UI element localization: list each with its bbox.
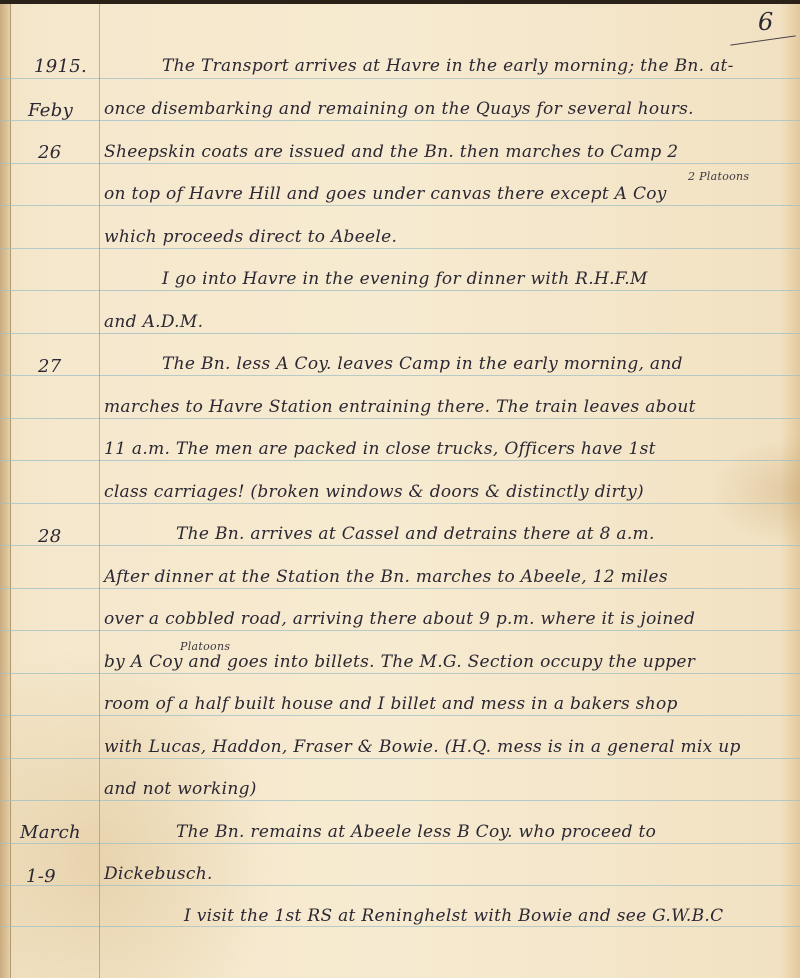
ruled-line bbox=[0, 120, 800, 121]
text-line: by A Coy and goes into billets. The M.G.… bbox=[104, 652, 695, 672]
ruled-line bbox=[0, 673, 800, 674]
ruled-line bbox=[0, 758, 800, 759]
text-line: The Bn. less A Coy. leaves Camp in the e… bbox=[162, 354, 683, 374]
ruled-line bbox=[0, 588, 800, 589]
text-line: on top of Havre Hill and goes under canv… bbox=[104, 184, 667, 204]
text-line: Sheepskin coats are issued and the Bn. t… bbox=[104, 142, 678, 162]
insertion-note: 2 Platoons bbox=[688, 170, 749, 183]
text-line: 11 a.m. The men are packed in close truc… bbox=[104, 439, 656, 459]
text-line: and not working) bbox=[104, 779, 257, 799]
ruled-line bbox=[0, 333, 800, 334]
ruled-line bbox=[0, 248, 800, 249]
text-line: The Transport arrives at Havre in the ea… bbox=[162, 56, 734, 76]
ruled-line bbox=[0, 545, 800, 546]
text-line: once disembarking and remaining on the Q… bbox=[104, 99, 694, 119]
ruled-line bbox=[0, 715, 800, 716]
ruled-line bbox=[0, 885, 800, 886]
page-number-underline bbox=[730, 35, 795, 45]
ruled-line bbox=[0, 926, 800, 927]
text-line: The Bn. arrives at Cassel and detrains t… bbox=[176, 524, 655, 544]
diary-page: 6 1915. Feby 26 27 28 March 1-9 The Tran… bbox=[0, 4, 800, 978]
ruled-line bbox=[0, 460, 800, 461]
text-line: I visit the 1st RS at Reninghelst with B… bbox=[184, 906, 723, 926]
margin-date-march: March bbox=[20, 822, 81, 843]
margin-line bbox=[99, 4, 100, 978]
margin-date-day-26: 26 bbox=[38, 142, 62, 163]
ruled-line bbox=[0, 418, 800, 419]
text-line: The Bn. remains at Abeele less B Coy. wh… bbox=[176, 822, 656, 842]
text-line: which proceeds direct to Abeele. bbox=[104, 227, 397, 247]
ruled-line bbox=[0, 78, 800, 79]
ruled-line bbox=[0, 163, 800, 164]
text-line: and A.D.M. bbox=[104, 312, 203, 332]
ruled-line bbox=[0, 843, 800, 844]
ruled-line bbox=[0, 503, 800, 504]
text-line: over a cobbled road, arriving there abou… bbox=[104, 609, 695, 629]
margin-date-day-28: 28 bbox=[38, 526, 62, 547]
ruled-line bbox=[0, 375, 800, 376]
text-line: class carriages! (broken windows & doors… bbox=[104, 482, 644, 502]
margin-date-month: Feby bbox=[28, 100, 73, 121]
page-number: 6 bbox=[758, 8, 773, 36]
margin-date-year: 1915. bbox=[34, 56, 87, 77]
margin-date-range: 1-9 bbox=[26, 866, 56, 887]
ruled-line bbox=[0, 800, 800, 801]
ruled-line bbox=[0, 630, 800, 631]
text-line: with Lucas, Haddon, Fraser & Bowie. (H.Q… bbox=[104, 737, 741, 757]
text-line: marches to Havre Station entraining ther… bbox=[104, 397, 696, 417]
page-binding-edge bbox=[0, 4, 11, 978]
text-line: After dinner at the Station the Bn. marc… bbox=[104, 567, 668, 587]
text-line: Dickebusch. bbox=[104, 864, 213, 884]
margin-date-day-27: 27 bbox=[38, 356, 62, 377]
ruled-line bbox=[0, 290, 800, 291]
text-line: room of a half built house and I billet … bbox=[104, 694, 678, 714]
text-line: I go into Havre in the evening for dinne… bbox=[162, 269, 648, 289]
ruled-line bbox=[0, 205, 800, 206]
